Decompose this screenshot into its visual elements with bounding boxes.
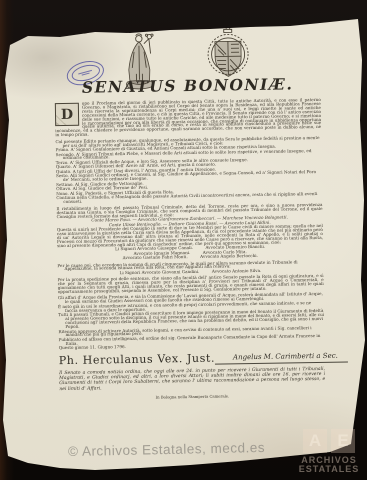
document-body-lines: opo il Proclama del giorno di jeri pubbl…: [55, 98, 325, 350]
paper-content: Eº. 166. 4492. 1: [0, 0, 367, 480]
watermark-tile-e: E: [331, 429, 355, 453]
archivos-estatales-corner-watermark: A E ARCHIVOS ESTATALES: [293, 429, 365, 474]
printed-text-column: SENATUS BONONIÆ. D opo il Proclama del g…: [54, 74, 325, 401]
signature-row: Ph. Herculanus Vex. Just. Angelus M. Car…: [59, 350, 325, 367]
archival-reference-handwriting: Eº. 166. 4492. 1: [17, 28, 90, 39]
stamp-text-mark: [82, 73, 90, 76]
scanned-document-photo: Eº. 166. 4492. 1: [0, 0, 367, 480]
watermark-caption-line2: ESTATALES: [293, 465, 365, 474]
drop-cap-letter: D: [61, 106, 73, 122]
watermark-tile-a: A: [303, 429, 327, 453]
signature-secretary: Angelus M. Carimberti a Sec.: [215, 352, 348, 365]
drop-cap-woodcut-initial: D: [55, 103, 79, 126]
printer-imprint: In Bologna nella Stamperia Camerale.: [59, 392, 325, 401]
senate-notice-italic: Il Senato a comoda notizia ordina, che o…: [59, 367, 325, 392]
watermark-caption: ARCHIVOS ESTATALES: [293, 456, 365, 474]
paper-sheet: Eº. 166. 4492. 1: [0, 0, 367, 480]
document-title: SENATUS BONONIÆ.: [54, 74, 320, 97]
signature-vexillifer: Ph. Herculanus Vex. Just.: [59, 352, 215, 367]
watermark-letter-tiles: A E: [293, 429, 365, 453]
document-text-line: opo il Proclama del giorno di jeri pubbl…: [55, 98, 322, 137]
